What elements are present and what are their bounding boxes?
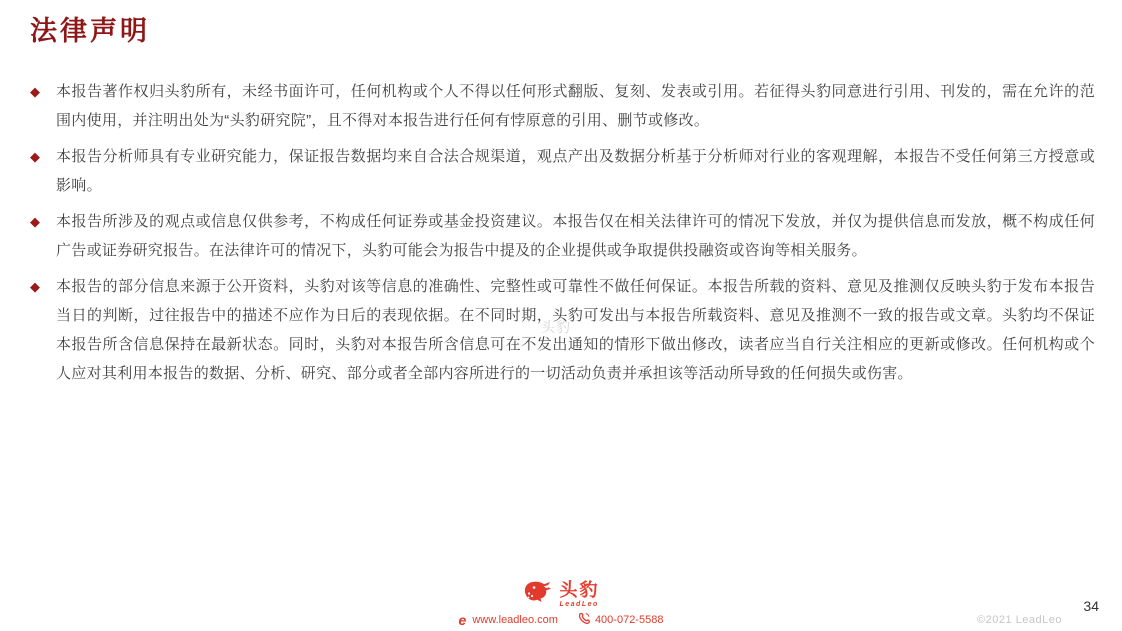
disclaimer-item: ◆ 本报告所涉及的观点或信息仅供参考，不构成任何证券或基金投资建议。本报告仅在相…: [30, 207, 1095, 265]
disclaimer-text: 本报告的部分信息来源于公开资料，头豹对该等信息的准确性、完整性或可靠性不做任何保…: [56, 272, 1095, 388]
phone-number: 400-072-5588: [595, 614, 664, 626]
disclaimer-text: 本报告所涉及的观点或信息仅供参考，不构成任何证券或基金投资建议。本报告仅在相关法…: [56, 207, 1095, 265]
disclaimer-item: ◆ 本报告的部分信息来源于公开资料，头豹对该等信息的准确性、完整性或可靠性不做任…: [30, 272, 1095, 388]
copyright: ©2021 LeadLeo: [977, 614, 1062, 626]
disclaimer-list: ◆ 本报告著作权归头豹所有，未经书面许可，任何机构或个人不得以任何形式翻版、复刻…: [30, 77, 1095, 395]
page-number: 34: [1083, 598, 1099, 614]
logo-chinese-name: 头豹: [560, 581, 600, 599]
logo-english-name: LeadLeo: [560, 601, 599, 608]
legal-notice-page: 法律声明 ◆ 本报告著作权归头豹所有，未经书面许可，任何机构或个人不得以任何形式…: [0, 0, 1122, 631]
disclaimer-text: 本报告分析师具有专业研究能力，保证报告数据均来自合法合规渠道，观点产出及数据分析…: [56, 142, 1095, 200]
diamond-bullet-icon: ◆: [30, 142, 56, 171]
logo-text-block: 头豹 LeadLeo: [560, 581, 600, 608]
diamond-bullet-icon: ◆: [30, 272, 56, 301]
diamond-bullet-icon: ◆: [30, 77, 56, 106]
phone-icon: [578, 612, 591, 628]
disclaimer-item: ◆ 本报告著作权归头豹所有，未经书面许可，任何机构或个人不得以任何形式翻版、复刻…: [30, 77, 1095, 135]
phone-group: 400-072-5588: [578, 612, 664, 628]
disclaimer-text: 本报告著作权归头豹所有，未经书面许可，任何机构或个人不得以任何形式翻版、复刻、发…: [56, 77, 1095, 135]
leadleo-logo: 头豹 LeadLeo: [459, 580, 664, 609]
leopard-logo-icon: [523, 580, 553, 609]
page-title: 法律声明: [30, 9, 150, 48]
website-link[interactable]: www.leadleo.com: [472, 614, 558, 626]
footer: 头豹 LeadLeo e www.leadleo.com 400-072-558…: [459, 580, 664, 628]
disclaimer-item: ◆ 本报告分析师具有专业研究能力，保证报告数据均来自合法合规渠道，观点产出及数据…: [30, 142, 1095, 200]
footer-contact-row: e www.leadleo.com 400-072-5588: [459, 612, 664, 628]
website-icon: e: [459, 613, 467, 627]
diamond-bullet-icon: ◆: [30, 207, 56, 236]
